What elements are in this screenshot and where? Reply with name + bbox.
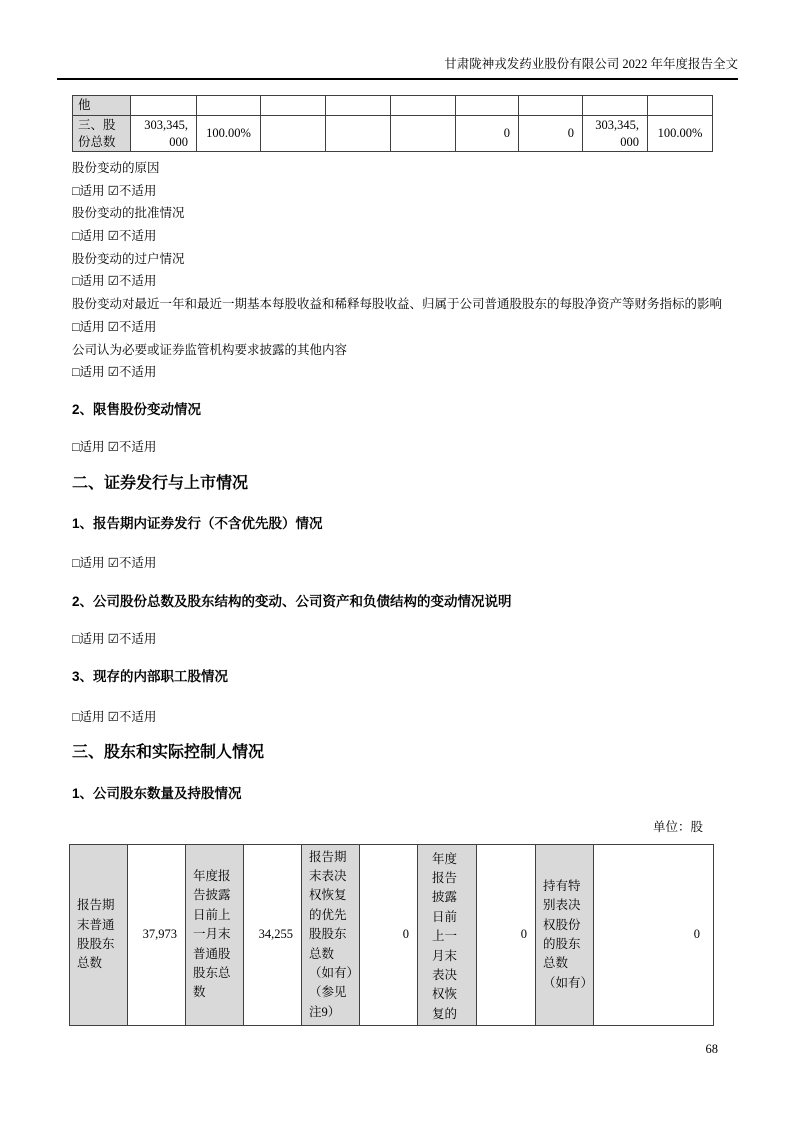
header-cell-common-shareholders-prior-month: 年度报告披露日前上一月末普通股股东总数 bbox=[186, 844, 244, 1026]
table-cell bbox=[456, 96, 519, 116]
table-cell bbox=[519, 96, 583, 116]
table-cell bbox=[131, 96, 197, 116]
table-cell bbox=[583, 96, 648, 116]
table-cell bbox=[197, 96, 261, 116]
change-cell: 0 bbox=[519, 116, 583, 152]
heading-internal-staff-shares: 3、现存的内部职工股情况 bbox=[72, 668, 712, 686]
applicability-line: □适用 ☑不适用 bbox=[72, 628, 712, 651]
page-header: 甘肃陇神戎发药业股份有限公司 2022 年年度报告全文 bbox=[57, 0, 738, 80]
applicability-line: □适用 ☑不适用 bbox=[72, 552, 712, 575]
share-change-table: 他 三、股份总数 303,345,000 100.00% bbox=[72, 95, 713, 152]
table-cell bbox=[391, 96, 456, 116]
clipped-header-text: 年度报告披露日前上一月末表决权恢复的优先股股东总数（如有）（参见注 bbox=[425, 848, 471, 1020]
statements-block: 股份变动的原因 □适用 ☑不适用 股份变动的批准情况 □适用 ☑不适用 股份变动… bbox=[72, 157, 712, 384]
report-page: 甘肃陇神戎发药业股份有限公司 2022 年年度报告全文 他 bbox=[0, 0, 793, 1122]
table-cell bbox=[648, 96, 713, 116]
value-cell-preferred-shareholders-prior-month: 0 bbox=[477, 844, 536, 1026]
change-cell: 0 bbox=[456, 116, 519, 152]
table-row: 报告期末普通股股东总数 37,973 年度报告披露日前上一月末普通股股东总数 3… bbox=[70, 844, 714, 1026]
applicability-line: □适用 ☑不适用 bbox=[72, 361, 712, 384]
header-cell-common-shareholders-eop: 报告期末普通股股东总数 bbox=[70, 844, 128, 1026]
report-title: 甘肃陇神戎发药业股份有限公司 2022 年年度报告全文 bbox=[444, 57, 738, 71]
value-cell-common-shareholders-eop: 37,973 bbox=[128, 844, 186, 1026]
applicability-line: □适用 ☑不适用 bbox=[72, 316, 712, 339]
table-row: 他 bbox=[73, 96, 713, 116]
heading-structure-changes: 2、公司股份总数及股东结构的变动、公司资产和负债结构的变动情况说明 bbox=[72, 593, 712, 611]
row-label-cell: 三、股份总数 bbox=[73, 116, 131, 152]
table-cell bbox=[261, 116, 326, 152]
table-cell bbox=[391, 116, 456, 152]
pct-after-cell: 100.00% bbox=[648, 116, 713, 152]
total-shares-after-cell: 303,345,000 bbox=[583, 116, 648, 152]
header-cell-preferred-shareholders-prior-month: 年度报告披露日前上一月末表决权恢复的优先股股东总数（如有）（参见注 bbox=[418, 844, 477, 1026]
table-row: 三、股份总数 303,345,000 100.00% 0 0 303,345,0… bbox=[73, 116, 713, 152]
row-label-cell: 他 bbox=[73, 96, 131, 116]
applicability-line: □适用 ☑不适用 bbox=[72, 436, 712, 459]
statement-approval: 股份变动的批准情况 bbox=[72, 202, 712, 225]
heading-shareholders-section: 三、股东和实际控制人情况 bbox=[72, 742, 712, 764]
applicability-line: □适用 ☑不适用 bbox=[72, 706, 712, 729]
table-cell bbox=[326, 116, 391, 152]
statement-transfer: 股份变动的过户情况 bbox=[72, 248, 712, 271]
value-cell-special-voting-shareholders: 0 bbox=[594, 844, 714, 1026]
total-shares-before-cell: 303,345,000 bbox=[131, 116, 197, 152]
page-number: 68 bbox=[706, 1042, 719, 1057]
applicability-line: □适用 ☑不适用 bbox=[72, 180, 712, 203]
table-cell bbox=[261, 96, 326, 116]
page-content: 甘肃陇神戎发药业股份有限公司 2022 年年度报告全文 他 bbox=[72, 0, 712, 1026]
pct-before-cell: 100.00% bbox=[197, 116, 261, 152]
statement-reason: 股份变动的原因 bbox=[72, 157, 712, 180]
applicability-line: □适用 ☑不适用 bbox=[72, 270, 712, 293]
heading-shareholder-count: 1、公司股东数量及持股情况 bbox=[72, 785, 712, 803]
header-cell-preferred-shareholders-eop: 报告期末表决权恢复的优先股股东总数（如有）（参见注9） bbox=[302, 844, 360, 1026]
header-cell-special-voting-shareholders: 持有特别表决权股份的股东总数（如有） bbox=[536, 844, 594, 1026]
table-cell bbox=[326, 96, 391, 116]
value-cell-preferred-shareholders-eop: 0 bbox=[360, 844, 418, 1026]
unit-note: 单位：股 bbox=[72, 820, 712, 835]
statement-other-content: 公司认为必要或证券监管机构要求披露的其他内容 bbox=[72, 339, 712, 362]
heading-restricted-shares: 2、限售股份变动情况 bbox=[72, 401, 712, 419]
statement-impact: 股份变动对最近一年和最近一期基本每股收益和稀释每股收益、归属于公司普通股股东的每… bbox=[72, 293, 712, 316]
shareholder-table: 报告期末普通股股东总数 37,973 年度报告披露日前上一月末普通股股东总数 3… bbox=[69, 844, 714, 1027]
value-cell-common-shareholders-prior-month: 34,255 bbox=[244, 844, 302, 1026]
applicability-line: □适用 ☑不适用 bbox=[72, 225, 712, 248]
heading-securities-section: 二、证券发行与上市情况 bbox=[72, 473, 712, 495]
heading-issuance-in-period: 1、报告期内证券发行（不含优先股）情况 bbox=[72, 515, 712, 533]
